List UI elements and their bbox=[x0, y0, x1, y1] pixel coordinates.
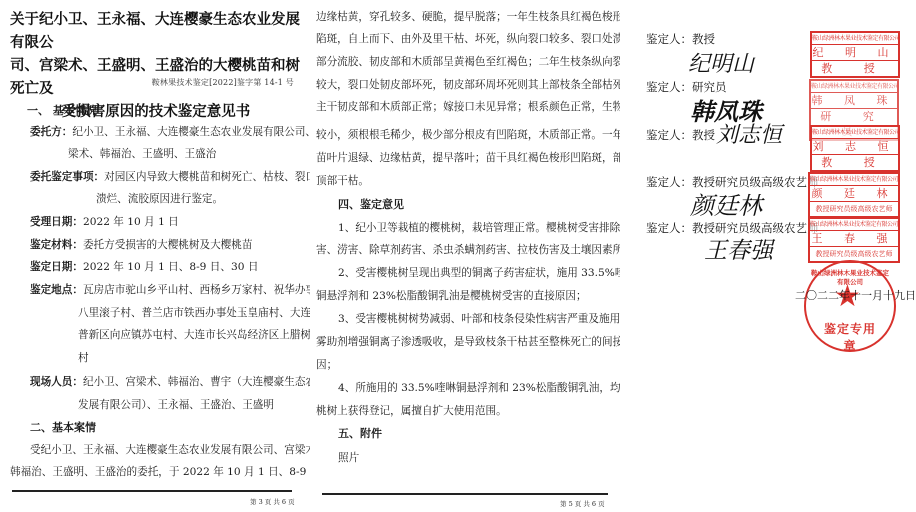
body-line: 较大，裂口处韧皮部坏死，韧皮部环周坏死则其上部枝条全部枯死； bbox=[316, 78, 620, 92]
opinion-3-cont: 雾助剂增强铜离子渗透吸收，是导致枝条干枯甚至整株死亡的间接原 bbox=[316, 335, 620, 349]
stamp-rank: 教授研究员级高级农艺师 bbox=[810, 201, 898, 216]
stamp-org: 鞍山绿洲林木果业技术鉴定有限公司 bbox=[811, 81, 897, 92]
body-line: 部分流胶、韧皮部和木质部呈黄褐色至红褐色；二年生枝条纵向裂口 bbox=[316, 55, 620, 69]
label-prefix: 鉴定人： bbox=[646, 32, 692, 46]
field-label: 现场人员： bbox=[30, 376, 83, 388]
appraiser-5-stamp: 鞍山绿洲林木果业技术鉴定有限公司 王 春 强 教授研究员级高级农艺师 bbox=[808, 217, 900, 263]
page-3: 关于纪小卫、王永福、大连樱豪生态农业发展有限公 司、宫梁术、王盛明、王盛治的大樱… bbox=[0, 0, 310, 512]
appraiser-5-signature: 王春强 bbox=[704, 232, 773, 265]
field-label: 委托方： bbox=[30, 126, 72, 138]
stamp-org: 鞍山绿洲林木果业技术鉴定有限公司 bbox=[810, 174, 898, 185]
stamp-name: 王 春 强 bbox=[810, 230, 898, 246]
body-line: 陷斑，自上而下、由外及里干枯、坏死，纵向裂口较多、裂口处溃烂、 bbox=[316, 32, 620, 46]
field-label: 受理日期： bbox=[30, 216, 83, 228]
page-5: 边缘枯黄，穿孔较多、硬脆，提早脱落；一年生枝条具红褐色梭形凹 陷斑，自上而下、由… bbox=[310, 0, 620, 512]
label-prefix: 鉴定人： bbox=[646, 128, 692, 142]
field-value: 纪小卫、王永福、大连樱豪生态农业发展有限公司、宫 bbox=[72, 126, 310, 138]
field-value-cont: 八里滚子村、普兰店市铁西办事处玉皇庙村、大连金 bbox=[78, 306, 310, 320]
body-line: 主干韧皮部和木质部正常；嫁接口未见异常；根系颜色正常，生物量 bbox=[316, 100, 620, 114]
seal-purpose-text: 鉴定专用章 bbox=[820, 320, 880, 354]
stamp-org: 鞍山绿洲林木果业技术鉴定有限公司 bbox=[810, 219, 898, 230]
body-line: 顶部干枯。 bbox=[316, 174, 369, 188]
opinion-1: 1、纪小卫等栽植的樱桃树，栽培管理正常。樱桃树受害排除冻 bbox=[338, 221, 620, 235]
official-seal: 鞍山绿洲林木果业技术鉴定有限公司 ★ 鉴定专用章 bbox=[804, 260, 896, 352]
field-matter: 委托鉴定事项：对园区内导致大樱桃苗和树死亡、枯枝、裂口、 bbox=[30, 170, 310, 184]
field-accept-date: 受理日期：2022 年 10 月 1 日 bbox=[30, 215, 179, 229]
field-value-cont: 普新区向应镇苏屯村、大连市长兴岛经济区上腊树房 bbox=[78, 328, 310, 342]
stamp-rank: 教授研究员级高级农艺师 bbox=[810, 246, 898, 261]
body-line: 较小，须根根毛稀少，极少部分根皮有凹陷斑，木质部正常。一年生 bbox=[316, 128, 620, 142]
section-4-heading: 四、鉴定意见 bbox=[338, 198, 404, 212]
signature-page: 鉴定人：教授 纪明山 鞍山绿洲林木果业技术鉴定有限公司 纪 明 山 教 授 鉴定… bbox=[620, 0, 916, 512]
appraiser-title: 教授 bbox=[692, 128, 715, 142]
stamp-org: 鞍山绿洲林木果业技术鉴定有限公司 bbox=[812, 127, 898, 138]
opinion-3: 3、受害樱桃树树势减弱、叶部和枝条侵染性病害严重及施用喷 bbox=[338, 312, 620, 326]
field-value-cont: 溃烂、流胶原因进行鉴定。 bbox=[96, 192, 223, 206]
signing-date: 二〇二二年十一月十九日 bbox=[795, 287, 916, 303]
appraiser-title: 教授 bbox=[692, 32, 715, 46]
body-line: 苗叶片退绿、边缘枯黄，提早落叶；苗干具红褐色梭形凹陷斑，部分 bbox=[316, 151, 620, 165]
field-label: 鉴定材料： bbox=[30, 239, 83, 251]
appraiser-3-signature: 刘志恒 bbox=[716, 118, 782, 149]
opinion-3-cont: 因； bbox=[316, 358, 337, 372]
field-value-cont: 发展有限公司）、王永福、王盛治、王盛明 bbox=[78, 398, 274, 412]
title-line-1: 关于纪小卫、王永福、大连樱豪生态农业发展有限公 bbox=[10, 12, 300, 51]
stamp-name: 刘 志 恒 bbox=[812, 138, 898, 154]
field-value: 纪小卫、宫梁术、韩福治、曹宇（大连樱豪生态农业 bbox=[83, 376, 310, 388]
document-number: 鞍林果技术鉴定[2022]鉴字第 14-1 号 bbox=[152, 77, 294, 88]
attachment-label: 照片 bbox=[338, 451, 359, 465]
section-1-heading: 一、 基本情况 bbox=[27, 104, 97, 118]
footer-rule bbox=[322, 493, 608, 495]
field-client: 委托方：纪小卫、王永福、大连樱豪生态农业发展有限公司、宫 bbox=[30, 125, 310, 139]
body-line: 韩福治、王盛明、王盛治的委托，于 2022 年 10 月 1 日、8-9 日、3… bbox=[10, 465, 310, 479]
field-materials: 鉴定材料：委托方受损害的大樱桃树及大樱桃苗 bbox=[30, 238, 252, 252]
body-line: 边缘枯黄，穿孔较多、硬脆，提早脱落；一年生枝条具红褐色梭形凹 bbox=[316, 10, 620, 24]
field-value: 对园区内导致大樱桃苗和树死亡、枯枝、裂口、 bbox=[104, 171, 310, 183]
field-label: 鉴定地点： bbox=[30, 284, 83, 296]
label-prefix: 鉴定人： bbox=[646, 175, 692, 189]
appraiser-1-stamp: 鞍山绿洲林木果业技术鉴定有限公司 纪 明 山 教 授 bbox=[810, 31, 900, 78]
field-onsite-staff: 现场人员：纪小卫、宫梁术、韩福治、曹宇（大连樱豪生态农业 bbox=[30, 375, 310, 389]
page-number: 第 5 页 共 6 页 bbox=[560, 499, 605, 508]
field-label: 委托鉴定事项： bbox=[30, 171, 104, 183]
field-location: 鉴定地点：瓦房店市驼山乡平山村、西杨乡万家村、祝华办事处 bbox=[30, 283, 310, 297]
page-number: 第 3 页 共 6 页 bbox=[250, 497, 295, 506]
stamp-rank: 教 授 bbox=[812, 60, 898, 76]
section-2-heading: 二、基本案情 bbox=[30, 421, 96, 435]
body-line: 受纪小卫、王永福、大连樱豪生态农业发展有限公司、宫梁术、 bbox=[30, 443, 310, 457]
footer-rule bbox=[12, 490, 292, 492]
section-5-heading: 五、附件 bbox=[338, 427, 382, 441]
stamp-name: 纪 明 山 bbox=[812, 44, 898, 60]
opinion-2-cont: 铜悬浮剂和 23%松脂酸铜乳油是樱桃树受害的直接原因； bbox=[316, 289, 587, 303]
appraiser-1-signature: 纪明山 bbox=[688, 47, 754, 78]
appraiser-1-label: 鉴定人：教授 bbox=[646, 31, 715, 47]
stamp-name: 韩 凤 珠 bbox=[811, 92, 897, 108]
stamp-org: 鞍山绿洲林木果业技术鉴定有限公司 bbox=[812, 33, 898, 44]
field-value: 委托方受损害的大樱桃树及大樱桃苗 bbox=[83, 239, 253, 251]
appraiser-4-signature: 颜廷林 bbox=[690, 186, 762, 221]
field-appraisal-date: 鉴定日期：2022 年 10 月 1 日、8-9 日、30 日 bbox=[30, 260, 258, 274]
field-value-cont: 村 bbox=[78, 351, 89, 365]
field-value: 瓦房店市驼山乡平山村、西杨乡万家村、祝华办事处 bbox=[83, 284, 310, 296]
opinion-2: 2、受害樱桃树呈现出典型的铜离子药害症状，施用 33.5%喹啉 bbox=[338, 266, 620, 280]
appraiser-4-stamp: 鞍山绿洲林木果业技术鉴定有限公司 颜 廷 林 教授研究员级高级农艺师 bbox=[808, 172, 900, 218]
stamp-rank: 教 授 bbox=[812, 154, 898, 170]
label-prefix: 鉴定人： bbox=[646, 221, 692, 235]
opinion-4-cont: 桃树上获得登记，属擅自扩大使用范围。 bbox=[316, 404, 507, 418]
opinion-1-cont: 害、涝害、除草剂药害、杀虫杀螨剂药害、拉枝伤害及土壤因素所致； bbox=[316, 243, 620, 257]
opinion-4: 4、所施用的 33.5%喹啉铜悬浮剂和 23%松脂酸铜乳油，均未在樱 bbox=[338, 381, 620, 395]
field-value: 2022 年 10 月 1 日、8-9 日、30 日 bbox=[83, 261, 258, 273]
label-prefix: 鉴定人： bbox=[646, 80, 692, 94]
stamp-name: 颜 廷 林 bbox=[810, 185, 898, 201]
appraiser-3-stamp: 鞍山绿洲林木果业技术鉴定有限公司 刘 志 恒 教 授 bbox=[810, 125, 900, 172]
field-value: 2022 年 10 月 1 日 bbox=[83, 216, 179, 228]
field-label: 鉴定日期： bbox=[30, 261, 83, 273]
field-value-cont: 梁术、韩福治、王盛明、王盛治 bbox=[68, 147, 216, 161]
appraiser-3-label: 鉴定人：教授 bbox=[646, 127, 715, 143]
